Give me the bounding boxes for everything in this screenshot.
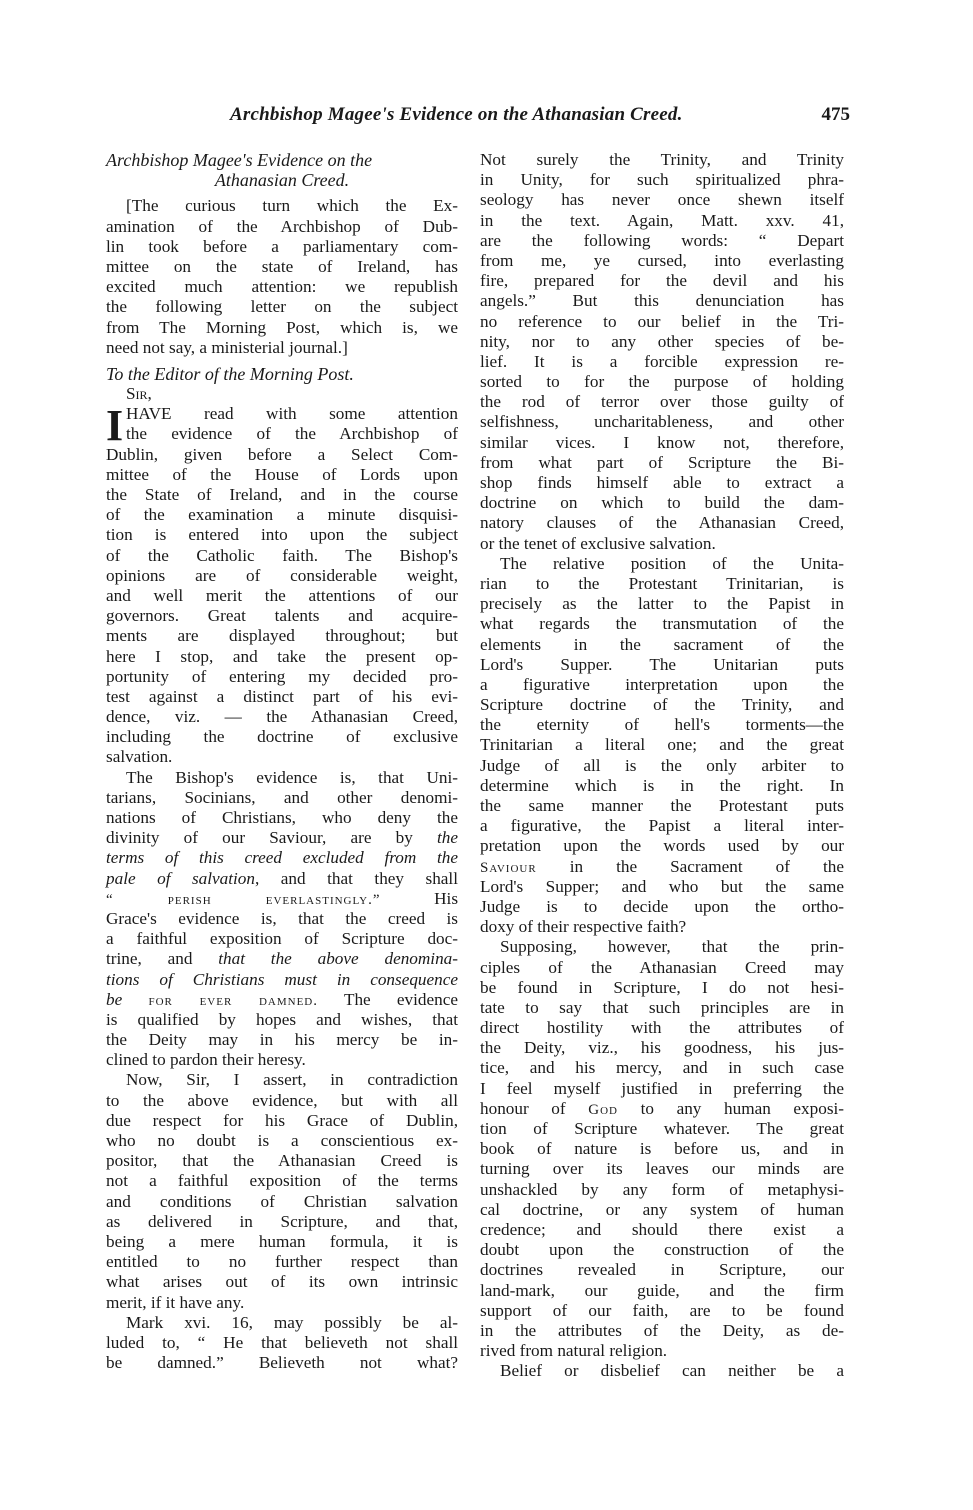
body-line: angels.” But this denunciation has bbox=[480, 291, 844, 311]
body-line: opinions are of considerable weight, bbox=[106, 566, 458, 586]
body-line: Belief or disbelief can neither be a bbox=[480, 1361, 844, 1381]
body-line: ments are displayed throughout; but bbox=[106, 626, 458, 646]
body-line: a figurative interpretation upon the bbox=[480, 675, 844, 695]
running-title: Archbishop Magee's Evidence on the Athan… bbox=[230, 104, 683, 126]
body-line: terms of this creed excluded from the bbox=[106, 848, 458, 868]
italic-run: pale of salvation bbox=[106, 869, 255, 888]
article-title-line-1: Archbishop Magee's Evidence on the bbox=[106, 150, 458, 170]
body-line: pale of salvation, and that they shall bbox=[106, 869, 458, 889]
body-line: be for ever damned. The evidence bbox=[106, 990, 458, 1010]
body-line: doubt upon the construction of the bbox=[480, 1240, 844, 1260]
body-line: positor, that the Athanasian Creed is bbox=[106, 1151, 458, 1171]
intro-line: [The curious turn which the Ex- bbox=[106, 196, 458, 216]
body-line: precisely as the latter to the Papist in bbox=[480, 594, 844, 614]
body-line: Mark xvi. 16, may possibly be al- bbox=[106, 1313, 458, 1333]
text-run: His bbox=[434, 889, 458, 908]
body-line: luded to, “ He that believeth not shall bbox=[106, 1333, 458, 1353]
body-line: determine which is in the right. In bbox=[480, 776, 844, 796]
right-paragraph-1: Not surely the Trinity, and Trinity in U… bbox=[480, 150, 844, 554]
text-run: trine, and bbox=[106, 949, 218, 968]
body-line: including the doctrine of exclusive bbox=[106, 727, 458, 747]
right-column: Not surely the Trinity, and Trinity in U… bbox=[480, 150, 844, 1381]
body-line: in the attributes of the Deity, as de- bbox=[480, 1321, 844, 1341]
body-line: a faithful exposition of Scripture doc- bbox=[106, 929, 458, 949]
body-line: merit, if it have any. bbox=[106, 1293, 458, 1313]
body-line: being a mere human formula, it is bbox=[106, 1232, 458, 1252]
body-line: not a faithful exposition of the terms bbox=[106, 1171, 458, 1191]
body-line: a figurative, the Papist a literal inter… bbox=[480, 816, 844, 836]
body-line: unshackled by any form of metaphysi- bbox=[480, 1180, 844, 1200]
body-line: the rod of terror over those guilty of bbox=[480, 392, 844, 412]
body-line: clined to pardon their heresy. bbox=[106, 1050, 458, 1070]
body-line: from what part of Scripture the Bi- bbox=[480, 453, 844, 473]
body-line: in the text. Again, Matt. xxv. 41, bbox=[480, 211, 844, 231]
body-line: the eternity of hell's torments—the bbox=[480, 715, 844, 735]
body-line: the Deity may in his mercy be in- bbox=[106, 1030, 458, 1050]
body-line: rian to the Protestant Trinitarian, is bbox=[480, 574, 844, 594]
body-line: the State of Ireland, and in the course bbox=[106, 485, 458, 505]
body-line: Judge is to decide upon the ortho- bbox=[480, 897, 844, 917]
editorial-intro: [The curious turn which the Ex- aminatio… bbox=[106, 196, 458, 358]
text-run: honour of bbox=[480, 1099, 588, 1118]
body-line: Trinitarian a literal one; and the great bbox=[480, 735, 844, 755]
letter-address: To the Editor of the Morning Post. bbox=[106, 364, 458, 384]
body-line: Scripture doctrine of the Trinity, and bbox=[480, 695, 844, 715]
intro-line: excited much attention: we republish bbox=[106, 277, 458, 297]
body-line: no reference to our belief in the Tri- bbox=[480, 312, 844, 332]
body-line: mittee of the House of Lords upon bbox=[106, 465, 458, 485]
intro-line: amination of the Archbishop of Dub- bbox=[106, 217, 458, 237]
body-line: the evidence of the Archbishop of bbox=[106, 424, 458, 444]
paragraph-3: Now, Sir, I assert, in contradiction to … bbox=[106, 1070, 458, 1312]
right-paragraph-4: Belief or disbelief can neither be a bbox=[480, 1361, 844, 1381]
body-line: be damned.” Believeth not what? bbox=[106, 1353, 458, 1373]
body-line: Not surely the Trinity, and Trinity bbox=[480, 150, 844, 170]
body-line: in Unity, for such spiritualized phra- bbox=[480, 170, 844, 190]
body-line: tions of Christians must in consequence bbox=[106, 970, 458, 990]
intro-line: mittee on the state of Ireland, has bbox=[106, 257, 458, 277]
small-caps-run: “ perish everlastingly.” bbox=[106, 892, 380, 908]
body-line: Judge of all is the only arbiter to bbox=[480, 756, 844, 776]
body-line: “ perish everlastingly.” His bbox=[106, 889, 458, 909]
body-line: what arises out of its own intrinsic bbox=[106, 1272, 458, 1292]
body-line: the same manner the Protestant puts bbox=[480, 796, 844, 816]
intro-line: from The Morning Post, which is, we bbox=[106, 318, 458, 338]
drop-cap: I bbox=[106, 407, 123, 445]
body-line: salvation. bbox=[106, 747, 458, 767]
body-line: pretation upon the words used by our bbox=[480, 836, 844, 856]
body-line: support of our faith, are to be found bbox=[480, 1301, 844, 1321]
body-line: who no doubt is a conscientious ex- bbox=[106, 1131, 458, 1151]
body-line: book of nature is before us, and in bbox=[480, 1139, 844, 1159]
body-line: Saviour in the Sacrament of the bbox=[480, 857, 844, 877]
small-caps-run: God bbox=[588, 1102, 618, 1118]
body-line: rived from natural religion. bbox=[480, 1341, 844, 1361]
intro-line: the following letter on the subject bbox=[106, 297, 458, 317]
body-line: what regards the transmutation of the bbox=[480, 614, 844, 634]
intro-line: need not say, a ministerial journal.] bbox=[106, 338, 458, 358]
body-line: here I stop, and take the present op- bbox=[106, 647, 458, 667]
body-line: Supposing, however, that the prin- bbox=[480, 937, 844, 957]
page-number: 475 bbox=[822, 104, 851, 126]
body-line: to the above evidence, but with all bbox=[106, 1091, 458, 1111]
intro-line: lin took before a parliamentary com- bbox=[106, 237, 458, 257]
body-line: Grace's evidence is, that the creed is bbox=[106, 909, 458, 929]
body-line: tion is entered into upon the subject bbox=[106, 525, 458, 545]
body-line: test against a distinct part of his evi- bbox=[106, 687, 458, 707]
body-line: honour of God to any human exposi- bbox=[480, 1099, 844, 1119]
right-paragraph-2: The relative position of the Unita- rian… bbox=[480, 554, 844, 938]
body-line: divinity of our Saviour, are by the bbox=[106, 828, 458, 848]
body-line: dence, viz. — the Athanasian Creed, bbox=[106, 707, 458, 727]
text-run: in the Sacrament of the bbox=[537, 857, 844, 876]
body-line: turning over its leaves our minds are bbox=[480, 1159, 844, 1179]
body-line: sorted to for the purpose of holding bbox=[480, 372, 844, 392]
body-line: The Bishop's evidence is, that Uni- bbox=[106, 768, 458, 788]
paragraph-4: Mark xvi. 16, may possibly be al- luded … bbox=[106, 1313, 458, 1374]
body-line: Dublin, given before a Select Com- bbox=[106, 445, 458, 465]
body-line: is qualified by hopes and wishes, that bbox=[106, 1010, 458, 1030]
text-run: to any human exposi- bbox=[618, 1099, 844, 1118]
left-column: Archbishop Magee's Evidence on the Athan… bbox=[106, 150, 458, 1373]
body-line: elements in the sacrament of the bbox=[480, 635, 844, 655]
article-title-line-2: Athanasian Creed. bbox=[106, 170, 458, 190]
body-line: shop finds himself able to extract a bbox=[480, 473, 844, 493]
body-line: of the examination a minute disquisi- bbox=[106, 505, 458, 525]
small-caps-run: Saviour bbox=[480, 860, 537, 876]
body-line: tate to say that such principles are in bbox=[480, 998, 844, 1018]
body-line: selfishness, uncharitableness, and other bbox=[480, 412, 844, 432]
body-line: Now, Sir, I assert, in contradiction bbox=[106, 1070, 458, 1090]
body-line: fire, prepared for the devil and his bbox=[480, 271, 844, 291]
body-line: credence; and should there exist a bbox=[480, 1220, 844, 1240]
body-line: ciples of the Athanasian Creed may bbox=[480, 958, 844, 978]
body-line: lief. It is a forcible expression re- bbox=[480, 352, 844, 372]
body-line: trine, and that the above denomina- bbox=[106, 949, 458, 969]
small-caps-run: for ever damned. bbox=[148, 993, 318, 1009]
body-line: tion of Scripture whatever. The great bbox=[480, 1119, 844, 1139]
body-line: be found in Scripture, I do not hesi- bbox=[480, 978, 844, 998]
text-run: , and that they shall bbox=[255, 869, 458, 888]
body-line: of the Catholic faith. The Bishop's bbox=[106, 546, 458, 566]
body-line: I feel myself justified in preferring th… bbox=[480, 1079, 844, 1099]
body-line: natory clauses of the Athanasian Creed, bbox=[480, 513, 844, 533]
body-line: the Deity, viz., his goodness, his jus- bbox=[480, 1038, 844, 1058]
body-line: direct hostility with the attributes of bbox=[480, 1018, 844, 1038]
right-paragraph-3: Supposing, however, that the prin- ciple… bbox=[480, 937, 844, 1361]
body-line: cal doctrine, or any system of human bbox=[480, 1200, 844, 1220]
running-head: Archbishop Magee's Evidence on the Athan… bbox=[230, 104, 850, 128]
body-line: and conditions of Christian salvation bbox=[106, 1192, 458, 1212]
italic-run: that the above denomina- bbox=[218, 949, 458, 968]
body-line: as delivered in Scripture, and that, bbox=[106, 1212, 458, 1232]
body-line: doctrines revealed in Scripture, our bbox=[480, 1260, 844, 1280]
body-line: land-mark, our guide, and the firm bbox=[480, 1281, 844, 1301]
body-line: Lord's Supper; and who but the same bbox=[480, 877, 844, 897]
body-line: Lord's Supper. The Unitarian puts bbox=[480, 655, 844, 675]
text-run: divinity of our Saviour, are by bbox=[106, 828, 437, 847]
salutation: Sir, bbox=[106, 384, 458, 404]
body-line: nations of Christians, who deny the bbox=[106, 808, 458, 828]
body-line: or the tenet of exclusive salvation. bbox=[480, 534, 844, 554]
body-line: portunity of entering my decided pro- bbox=[106, 667, 458, 687]
body-line: due respect for his Grace of Dublin, bbox=[106, 1111, 458, 1131]
body-line: and well merit the attentions of our bbox=[106, 586, 458, 606]
italic-run: be bbox=[106, 990, 148, 1009]
body-line: doctrine on which to build the dam- bbox=[480, 493, 844, 513]
text-run: The evidence bbox=[318, 990, 458, 1009]
body-line: tarians, Socinians, and other denomi- bbox=[106, 788, 458, 808]
body-line: are the following words: “ Depart bbox=[480, 231, 844, 251]
body-line: governors. Great talents and acquire- bbox=[106, 606, 458, 626]
body-line: The relative position of the Unita- bbox=[480, 554, 844, 574]
body-line: tice, and his mercy, and in such case bbox=[480, 1058, 844, 1078]
body-line: from me, ye cursed, into everlasting bbox=[480, 251, 844, 271]
body-line: HAVE read with some attention bbox=[106, 404, 458, 424]
body-line: similar vices. I know not, therefore, bbox=[480, 433, 844, 453]
body-line: seology has never once shewn itself bbox=[480, 190, 844, 210]
paragraph-1: I HAVE read with some attention the evid… bbox=[106, 404, 458, 767]
body-line: entitled to no further respect than bbox=[106, 1252, 458, 1272]
body-line: nity, nor to any other species of be- bbox=[480, 332, 844, 352]
paragraph-2: The Bishop's evidence is, that Uni- tari… bbox=[106, 768, 458, 1071]
body-line: doxy of their respective faith? bbox=[480, 917, 844, 937]
italic-run: the bbox=[437, 828, 458, 847]
